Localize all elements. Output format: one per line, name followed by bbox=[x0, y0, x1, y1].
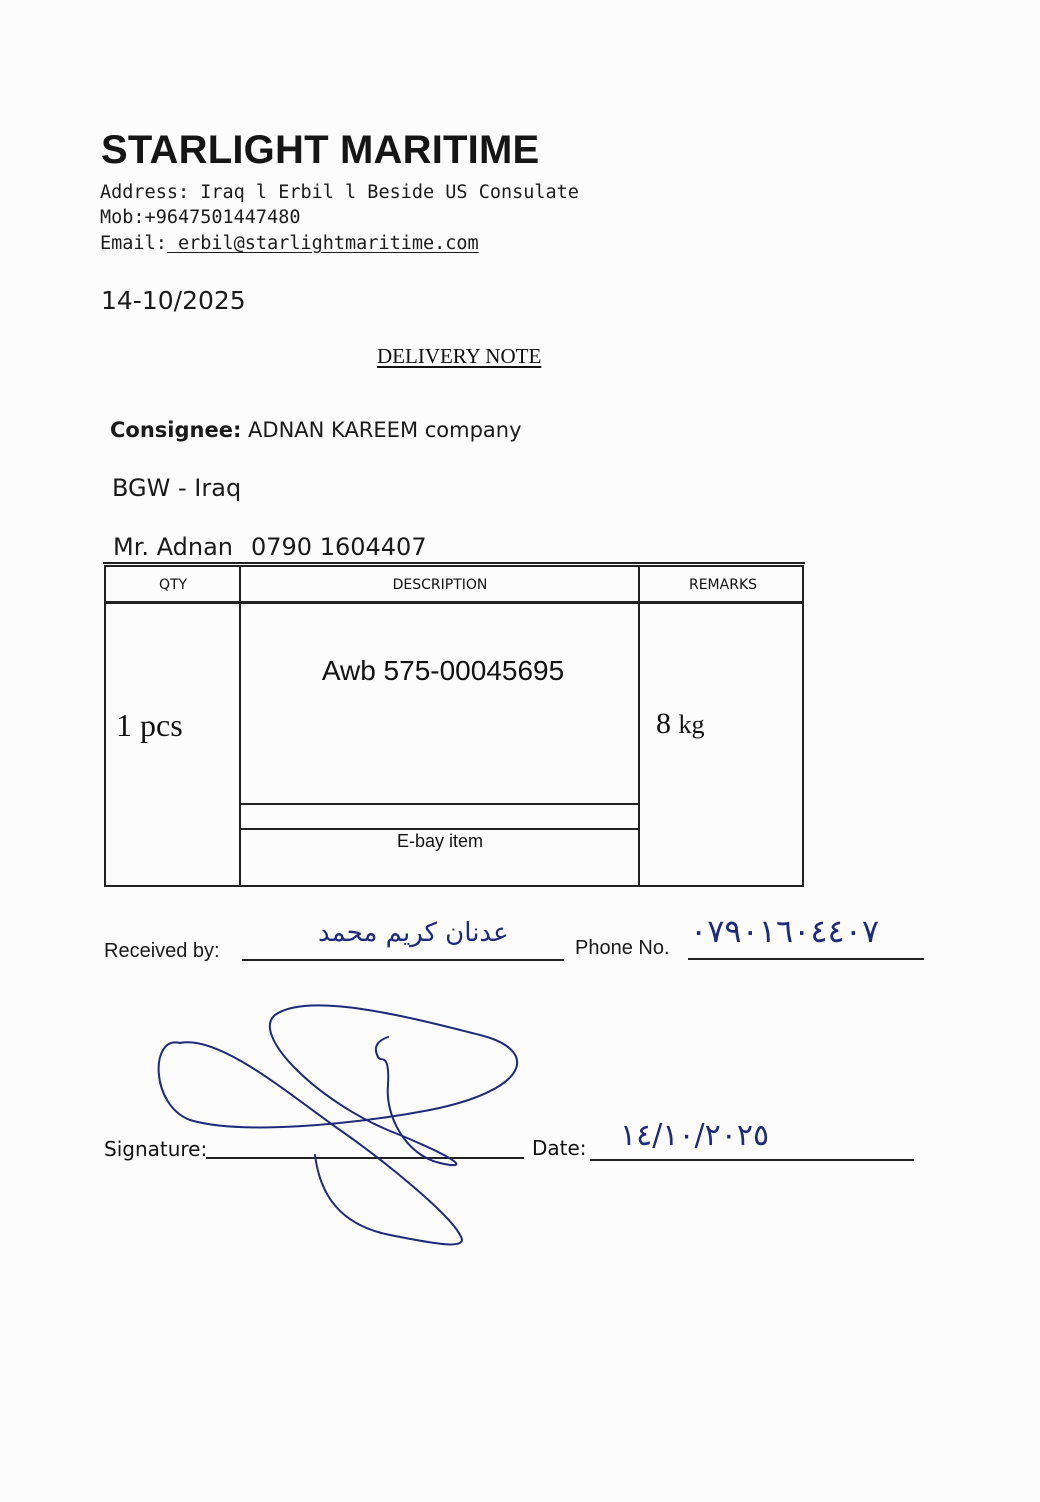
company-name: STARLIGHT MARITIME bbox=[101, 128, 539, 173]
phone-line[interactable] bbox=[688, 958, 924, 960]
table-cell-qty: 1 pcs bbox=[116, 707, 183, 744]
phone-handwriting: ٠٧٩٠١٦٠٤٤٠٧ bbox=[690, 912, 879, 950]
company-mobile: Mob:+9647501447480 bbox=[100, 207, 300, 228]
weight-value: 8 bbox=[656, 707, 671, 740]
contact-name: Mr. Adnan bbox=[113, 533, 233, 561]
date-handwriting: ١٤/١٠/٢٠٢٥ bbox=[620, 1118, 769, 1153]
header-divider bbox=[106, 601, 802, 604]
date-line[interactable] bbox=[590, 1159, 914, 1161]
document-date: 14-10/2025 bbox=[101, 286, 246, 315]
consignee-line: Consignee: ADNAN KAREEM company bbox=[110, 418, 522, 442]
consignee-contact: Mr. Adnan0790 1604407 bbox=[113, 533, 427, 561]
description-divider bbox=[241, 803, 638, 805]
consignee-location: BGW - Iraq bbox=[112, 474, 241, 502]
contact-phone: 0790 1604407 bbox=[251, 533, 427, 561]
received-by-line[interactable] bbox=[242, 959, 564, 961]
table-top-rule bbox=[103, 562, 805, 564]
column-divider bbox=[239, 567, 241, 885]
column-header-remarks: REMARKS bbox=[689, 577, 757, 593]
table-cell-description: Awb 575-00045695 bbox=[322, 655, 564, 687]
table-cell-description-note: E-bay item bbox=[397, 831, 483, 852]
received-by-label: Received by: bbox=[104, 940, 220, 963]
consignee-label: Consignee: bbox=[110, 418, 241, 442]
items-table: QTY DESCRIPTION REMARKS 1 pcs Awb 575-00… bbox=[104, 565, 804, 887]
email-link[interactable]: erbil@starlightmaritime.com bbox=[167, 233, 479, 254]
company-address: Address: Iraq l Erbil l Beside US Consul… bbox=[100, 182, 579, 203]
column-header-qty: QTY bbox=[159, 577, 187, 593]
phone-label: Phone No. bbox=[575, 937, 670, 960]
email-label: Email: bbox=[100, 233, 167, 254]
column-header-description: DESCRIPTION bbox=[393, 577, 488, 593]
weight-unit: kg bbox=[679, 710, 705, 739]
table-cell-remarks: 8 kg bbox=[656, 707, 705, 741]
description-divider bbox=[241, 828, 638, 830]
consignee-name: ADNAN KAREEM company bbox=[248, 418, 521, 442]
document-title: DELIVERY NOTE bbox=[377, 344, 541, 369]
column-divider bbox=[638, 567, 640, 885]
signature-scribble bbox=[150, 995, 530, 1255]
date-label: Date: bbox=[532, 1136, 587, 1160]
company-email: Email: erbil@starlightmaritime.com bbox=[100, 233, 479, 254]
received-by-handwriting: عدنان كريم محمد bbox=[318, 918, 509, 948]
